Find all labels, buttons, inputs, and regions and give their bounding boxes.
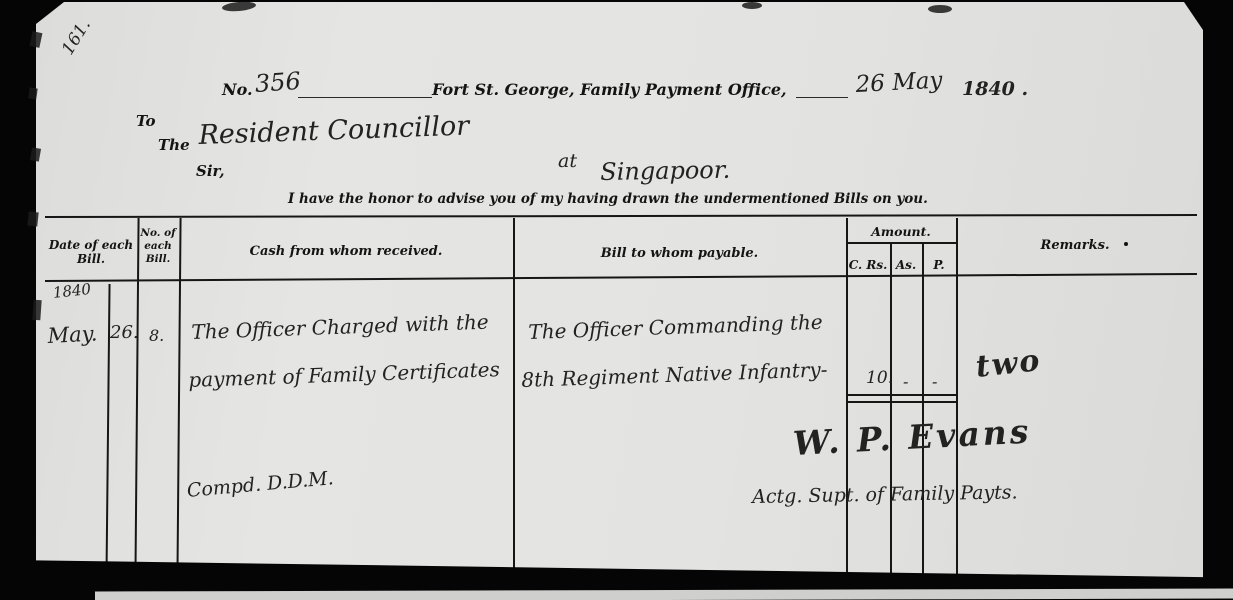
amount-header: Amount. xyxy=(846,224,956,239)
column-line-amount-div1 xyxy=(890,243,892,579)
column-line-amount-left xyxy=(846,218,848,579)
amount-as-value: - xyxy=(903,372,908,391)
amount-label-rule xyxy=(848,242,956,244)
edge-tear-artifact xyxy=(28,87,37,99)
col-header-remarks: Remarks. xyxy=(1000,238,1150,253)
amount-sub-crs: C. Rs. xyxy=(846,258,890,272)
smudge-artifact xyxy=(928,5,952,13)
column-line-cash-right xyxy=(513,218,515,579)
salutation-label: Sir, xyxy=(196,162,225,180)
year-written: 1840 . xyxy=(962,78,1028,100)
no-label: No. xyxy=(222,80,253,99)
office-title: Fort St. George, Family Payment Office, xyxy=(432,80,787,99)
header-underline xyxy=(796,97,848,98)
amount-p-value: - xyxy=(932,372,937,391)
amount-sub-p: P. xyxy=(922,258,956,272)
smudge-artifact xyxy=(742,2,762,9)
remarks-dot-artifact xyxy=(1124,242,1128,246)
col-header-cash-from: Cash from whom received. xyxy=(179,244,513,259)
at-label: at xyxy=(558,150,577,172)
row-month: May. xyxy=(47,321,98,348)
row-day: 26. xyxy=(110,322,139,343)
col-header-payable: Bill to whom payable. xyxy=(513,246,846,261)
amount-sub-as: As. xyxy=(890,258,922,272)
column-line-amount-right xyxy=(956,218,958,579)
col-header-billno: No. of each Bill. xyxy=(138,227,178,266)
scanned-page: 161. No. 356 Fort St. George, Family Pay… xyxy=(0,0,1233,600)
to-label: To xyxy=(136,112,155,130)
header-underline xyxy=(298,97,432,98)
edge-tear-artifact xyxy=(27,212,38,227)
bill-number: 356 xyxy=(254,67,302,98)
amount-c-rs-value: 10. xyxy=(866,368,893,388)
date-written: 26 May xyxy=(855,67,943,98)
signature-title: Actg. Supt. of Family Payts. xyxy=(752,481,1018,508)
amount-total-rule xyxy=(848,401,958,403)
next-page-edge xyxy=(95,589,1233,600)
column-line-amount-div2 xyxy=(922,243,924,579)
amount-total-rule xyxy=(848,394,958,396)
place-name: Singapoor. xyxy=(600,156,730,186)
col-header-date: Date of each Bill. xyxy=(45,238,137,267)
edge-tear-artifact xyxy=(32,300,41,321)
remark-note: two xyxy=(974,343,1043,385)
the-label: The xyxy=(158,136,190,154)
row-bill-no: 8. xyxy=(149,326,164,345)
advice-line: I have the honor to advise you of my hav… xyxy=(288,191,928,207)
